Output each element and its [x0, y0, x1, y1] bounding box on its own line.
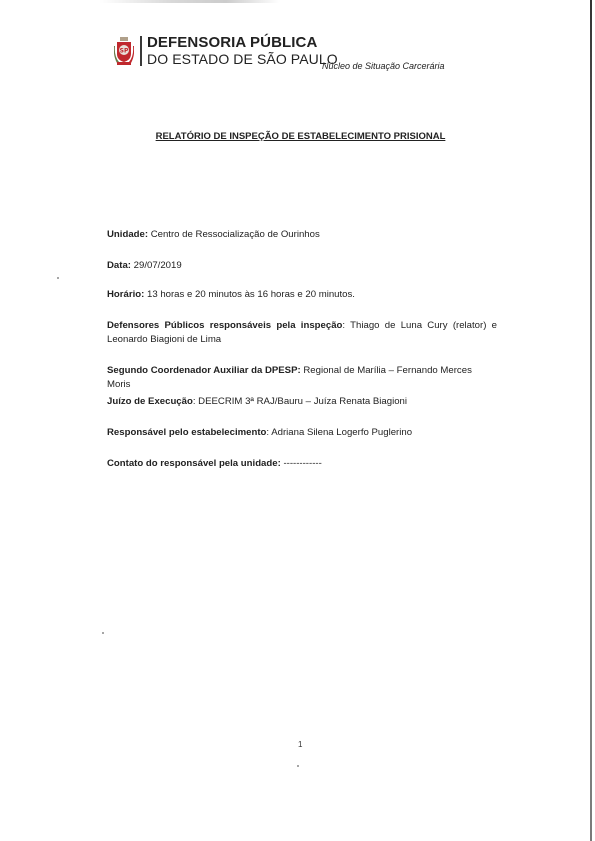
field-value: Centro de Ressocialização de Ourinhos	[148, 229, 320, 240]
page-number: 1	[298, 740, 302, 749]
organization-name: DEFENSORIA PÚBLICA DO ESTADO DE SÃO PAUL…	[147, 35, 338, 66]
field-responsavel: Responsável pelo estabelecimento: Adrian…	[107, 426, 412, 440]
field-value: 29/07/2019	[131, 260, 182, 271]
field-label: Unidade:	[107, 229, 148, 240]
field-value: : DEECRIM 3ª RAJ/Bauru – Juíza Renata Bi…	[193, 396, 407, 407]
field-contato: Contato do responsável pela unidade: ---…	[107, 457, 322, 471]
field-value: 13 horas e 20 minutos às 16 horas e 20 m…	[144, 289, 355, 300]
scan-page-edge	[590, 0, 592, 841]
organization-name-line1: DEFENSORIA PÚBLICA	[147, 35, 338, 50]
scan-speck	[102, 632, 104, 634]
scan-speck	[57, 277, 59, 279]
field-horario: Horário: 13 horas e 20 minutos às 16 hor…	[107, 288, 355, 302]
field-defensores: Defensores Públicos responsáveis pela in…	[107, 319, 497, 347]
report-title: RELATÓRIO DE INSPEÇÃO DE ESTABELECIMENTO…	[0, 131, 595, 142]
field-label: Defensores Públicos responsáveis pela in…	[107, 320, 342, 331]
scan-speck	[297, 765, 299, 767]
document-page: SP DEFENSORIA PÚBLICA DO ESTADO DE SÃO P…	[0, 0, 595, 841]
department-name: Núcleo de Situação Carcerária	[322, 61, 445, 71]
logo-divider	[140, 36, 142, 66]
field-label: Segundo Coordenador Auxiliar da DPESP:	[107, 365, 301, 376]
field-value: ------------	[281, 458, 322, 469]
organization-name-line2: DO ESTADO DE SÃO PAULO	[147, 52, 338, 66]
field-label: Contato do responsável pela unidade:	[107, 458, 281, 469]
field-label: Horário:	[107, 289, 144, 300]
field-coordenador: Segundo Coordenador Auxiliar da DPESP: R…	[107, 364, 497, 392]
svg-text:SP: SP	[120, 47, 129, 54]
field-value: : Adriana Silena Logerfo Puglerino	[266, 427, 412, 438]
field-data: Data: 29/07/2019	[107, 259, 182, 273]
coat-of-arms-icon: SP	[114, 36, 134, 66]
field-label: Data:	[107, 260, 131, 271]
letterhead: SP DEFENSORIA PÚBLICA DO ESTADO DE SÃO P…	[114, 35, 338, 66]
scan-artifact	[100, 0, 280, 3]
field-label: Responsável pelo estabelecimento	[107, 427, 266, 438]
field-label: Juízo de Execução	[107, 396, 193, 407]
field-unidade: Unidade: Centro de Ressocialização de Ou…	[107, 228, 320, 242]
field-juizo: Juízo de Execução: DEECRIM 3ª RAJ/Bauru …	[107, 395, 407, 409]
